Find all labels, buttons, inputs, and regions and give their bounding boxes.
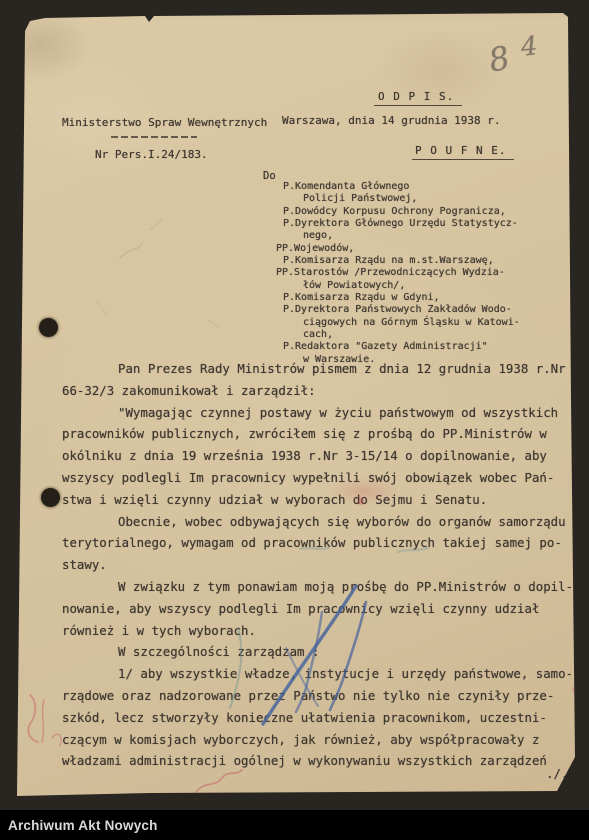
recipient-line: PP.Starostów /Przewodniczących Wydzia- xyxy=(276,267,589,279)
body-line: stawy. xyxy=(62,554,589,576)
copy-label: O D P I S. xyxy=(374,90,462,106)
red-marks-right-edge xyxy=(573,688,586,714)
recipient-line: P.Komendanta Głównego xyxy=(283,181,589,193)
recipient-line: P.Redaktora "Gazety Administracji" xyxy=(283,341,589,353)
body-line: stwa i wzięli czynny udział w wyborach d… xyxy=(62,489,589,511)
body-line: 1/ aby wszystkie władze, instytucje i ur… xyxy=(118,663,589,685)
pencil-page-number-digit: 8 xyxy=(485,38,513,79)
recipient-line: PP.Wojewodów, xyxy=(276,243,589,255)
punch-hole-top xyxy=(39,318,58,337)
recipient-line: P.Dowódcy Korpusu Ochrony Pogranicza, xyxy=(283,206,589,218)
body-line: W szczególności zarządzam : xyxy=(118,641,589,663)
body-line: czącym w komisjach wyborczych, jak równi… xyxy=(62,729,589,751)
red-squiggle-bottom xyxy=(196,770,242,792)
body-line: Obecnie, wobec odbywających się wyborów … xyxy=(118,511,589,533)
body-line: Pan Prezes Rady Ministrów pismem z dnia … xyxy=(118,358,589,380)
body-line: wszyscy podlegli Im pracownicy wypełnili… xyxy=(62,467,589,489)
place-and-date: Warszawa, dnia 14 grudnia 1938 r. xyxy=(282,114,501,127)
body-line: pracowników publicznych, zwróciłem się z… xyxy=(62,423,589,445)
body-line: okólniku z dnia 19 września 1938 r.Nr 3-… xyxy=(62,445,589,467)
body-line: 66-32/3 zakomunikował i zarządził: xyxy=(62,380,589,402)
sender-underline xyxy=(111,136,197,138)
body-line: rządowe oraz nadzorowane przez Państwo n… xyxy=(62,685,589,707)
recipient-line: P.Dyrektora Państwowych Zakładów Wodo- xyxy=(283,304,589,316)
archive-name: Archiwum Akt Nowych xyxy=(8,818,158,833)
body-line: szkód, lecz stworzyły konieczne ułatwien… xyxy=(62,707,589,729)
pencil-page-number-digit: 4 xyxy=(519,31,539,63)
sender-name: Ministerstwo Spraw Wewnętrznych xyxy=(62,116,267,129)
body-line: terytorialnego, wymagam od pracowników p… xyxy=(62,532,589,554)
archive-bar: Archiwum Akt Nowych xyxy=(0,810,589,840)
confidential-label: P O U F N E. xyxy=(412,144,514,160)
reference-number: Nr Pers.I.24/183. xyxy=(95,148,208,161)
end-mark: ./. xyxy=(546,766,568,781)
body-line: W związku z tym ponawiam moją prośbę do … xyxy=(118,576,589,598)
punch-hole-bottom xyxy=(41,488,60,507)
body-line: władzami administracji ogólnej w wykonyw… xyxy=(62,750,589,772)
recipient-line: cach, xyxy=(303,329,589,341)
red-stamp-ghost xyxy=(328,478,400,504)
recipient-line: P.Komisarza Rządu w Gdyni, xyxy=(283,292,589,304)
red-ink-dot xyxy=(358,498,364,505)
body-line: również i w tych wyborach. xyxy=(62,620,589,642)
recipient-line: Policji Państwowej, xyxy=(303,193,589,205)
recipient-line: łów Powiatowych/, xyxy=(303,280,589,292)
recipient-list: P.Komendanta GłównegoPolicji Państwowej,… xyxy=(0,181,589,366)
recipient-line: nego, xyxy=(303,230,589,242)
recipient-line: ciągowych na Górnym Śląsku w Katowi- xyxy=(303,317,589,329)
body-lines: Pan Prezes Rady Ministrów pismem z dnia … xyxy=(0,358,589,772)
recipient-line: P.Dyrektora Głównego Urzędu Statystycz- xyxy=(283,218,589,230)
recipient-line: P.Komisarza Rządu na m.st.Warszawę, xyxy=(283,255,589,267)
document-scan: O D P I S. Ministerstwo Spraw Wewnętrzny… xyxy=(0,0,589,840)
body-line: nowanie, aby wszyscy podlegli Im pracown… xyxy=(62,598,589,620)
body-line: "Wymagając czynnej postawy w życiu państ… xyxy=(118,402,589,424)
